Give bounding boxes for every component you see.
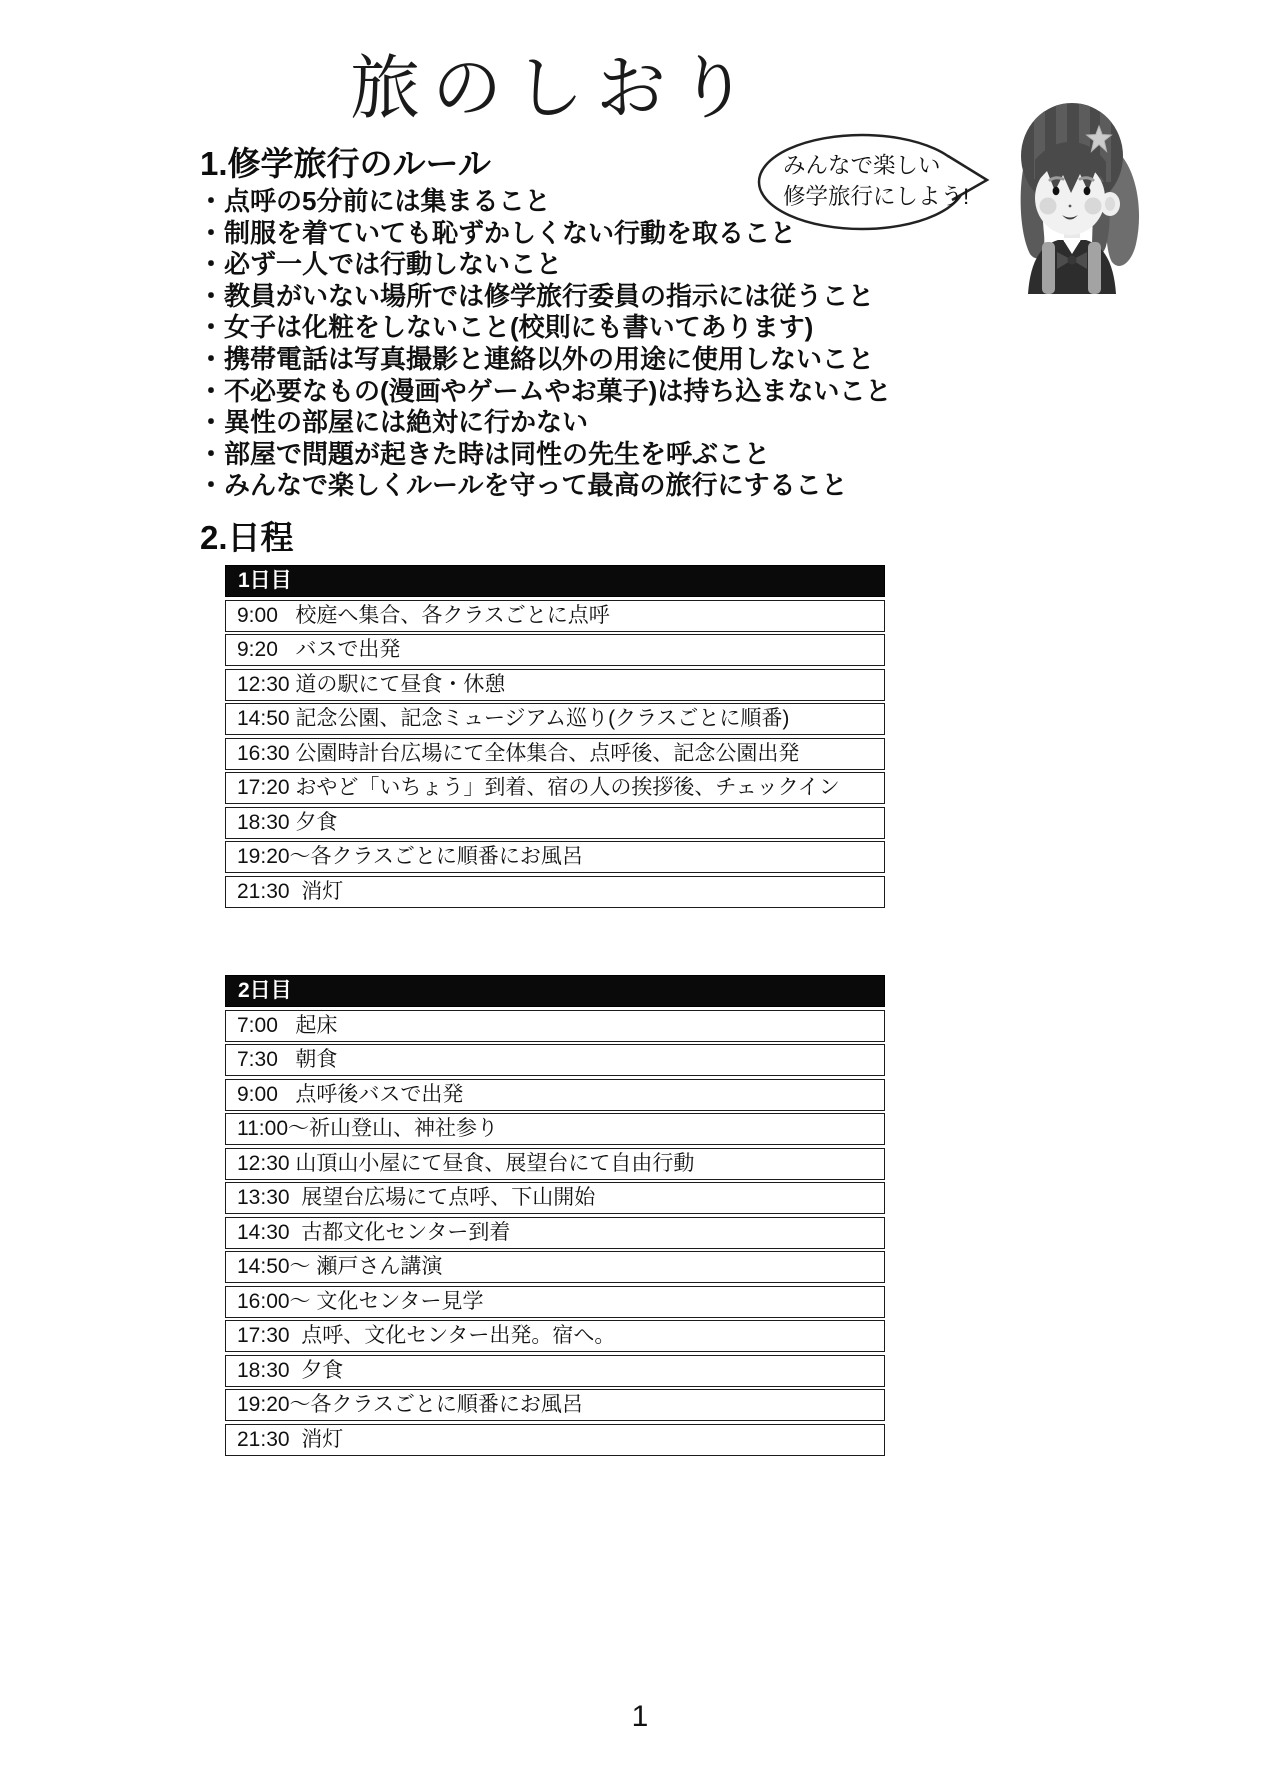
rule-item: ・不必要なもの(漫画やゲームやお菓子)は持ち込まないこと: [198, 376, 1058, 408]
booklet-page: 旅のしおり みんなで楽しい 修学旅行にしよう!: [0, 0, 1280, 1780]
schedule-row: 17:20 おやど「いちょう」到着、宿の人の挨拶後、チェックイン: [225, 772, 885, 804]
rule-item: ・点呼の5分前には集まること: [198, 186, 1058, 218]
speech-bubble-line1: みんなで楽しい: [783, 150, 983, 181]
schedule-row: 21:30 消灯: [225, 876, 885, 908]
rules-heading: 1.修学旅行のルール: [200, 147, 491, 180]
schedule-row: 9:20 バスで出発: [225, 634, 885, 666]
page-number: 1: [0, 1700, 1280, 1734]
day1-table-header: 1日目: [225, 565, 885, 597]
rule-item: ・部屋で問題が起きた時は同性の先生を呼ぶこと: [198, 439, 1058, 471]
schedule-row: 16:30 公園時計台広場にて全体集合、点呼後、記念公園出発: [225, 738, 885, 770]
rules-list: ・点呼の5分前には集まること・制服を着ていても恥ずかしくない行動を取ること・必ず…: [198, 186, 1058, 502]
rule-item: ・女子は化粧をしないこと(校則にも書いてあります): [198, 312, 1058, 344]
rule-item: ・携帯電話は写真撮影と連絡以外の用途に使用しないこと: [198, 344, 1058, 376]
schedule-row: 17:30 点呼、文化センター出発。宿へ。: [225, 1320, 885, 1352]
rule-item: ・みんなで楽しくルールを守って最高の旅行にすること: [198, 470, 1058, 502]
rule-item: ・異性の部屋には絶対に行かない: [198, 407, 1058, 439]
schedule-heading: 2.日程: [200, 521, 294, 554]
page-title: 旅のしおり: [0, 32, 1110, 133]
rule-item: ・教員がいない場所では修学旅行委員の指示には従うこと: [198, 281, 1058, 313]
schedule-row: 19:20～各クラスごとに順番にお風呂: [225, 1389, 885, 1421]
schedule-row: 9:00 点呼後バスで出発: [225, 1079, 885, 1111]
day2-table: 2日目 7:00 起床7:30 朝食9:00 点呼後バスで出発11:00～祈山登…: [225, 975, 885, 1458]
schedule-row: 21:30 消灯: [225, 1424, 885, 1456]
day1-table-rows: 9:00 校庭へ集合、各クラスごとに点呼9:20 バスで出発12:30 道の駅に…: [225, 600, 885, 908]
schedule-row: 12:30 山頂山小屋にて昼食、展望台にて自由行動: [225, 1148, 885, 1180]
schedule-row: 16:00～ 文化センター見学: [225, 1286, 885, 1318]
schedule-row: 13:30 展望台広場にて点呼、下山開始: [225, 1182, 885, 1214]
schedule-row: 18:30 夕食: [225, 807, 885, 839]
schedule-row: 11:00～祈山登山、神社参り: [225, 1113, 885, 1145]
rule-item: ・必ず一人では行動しないこと: [198, 249, 1058, 281]
schedule-row: 14:50～ 瀬戸さん講演: [225, 1251, 885, 1283]
schedule-row: 9:00 校庭へ集合、各クラスごとに点呼: [225, 600, 885, 632]
rule-item: ・制服を着ていても恥ずかしくない行動を取ること: [198, 218, 1058, 250]
day2-table-header: 2日目: [225, 975, 885, 1007]
day2-table-rows: 7:00 起床7:30 朝食9:00 点呼後バスで出発11:00～祈山登山、神社…: [225, 1010, 885, 1456]
day1-table: 1日目 9:00 校庭へ集合、各クラスごとに点呼9:20 バスで出発12:30 …: [225, 565, 885, 910]
schedule-row: 14:30 古都文化センター到着: [225, 1217, 885, 1249]
schedule-row: 7:30 朝食: [225, 1044, 885, 1076]
schedule-row: 14:50 記念公園、記念ミュージアム巡り(クラスごとに順番): [225, 703, 885, 735]
schedule-row: 12:30 道の駅にて昼食・休憩: [225, 669, 885, 701]
schedule-row: 19:20～各クラスごとに順番にお風呂: [225, 841, 885, 873]
schedule-row: 18:30 夕食: [225, 1355, 885, 1387]
schedule-row: 7:00 起床: [225, 1010, 885, 1042]
